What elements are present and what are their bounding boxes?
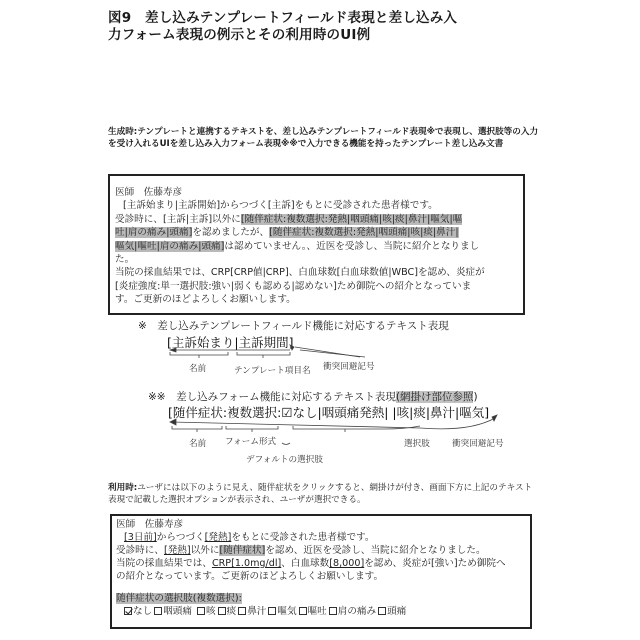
option-rhinorrhea[interactable]: 鼻汁 bbox=[236, 606, 266, 617]
figure-title-line-2: 力フォーム表現の例示とその利用時のUI例 bbox=[108, 27, 548, 44]
label-choices: 選択肢 bbox=[404, 437, 430, 449]
checkbox-icon[interactable] bbox=[154, 607, 162, 615]
usage-text: ユーザには以下のように見え、随伴症状をクリックすると、網掛けが付き、画面下方に上… bbox=[108, 483, 532, 505]
form-field-highlight[interactable]: 吐|肩の痛み|頭痛] bbox=[115, 227, 192, 238]
form-field-caption-close: ) bbox=[473, 391, 477, 403]
form-field-highlight[interactable]: [随伴症状:複数選択:発熱|咽頭痛|咳|痰|鼻汁| bbox=[269, 227, 458, 238]
options-list: なし咽頭痛 咳痰鼻汁嘔気嘔吐肩の痛み頭痛 bbox=[116, 605, 526, 618]
option-label: 痰 bbox=[227, 606, 237, 617]
usage-description: 利用時:ユーザには以下のように見え、随伴症状をクリックすると、網掛けが付き、画面… bbox=[108, 483, 540, 506]
label-default-choice: デフォルトの選択肢 bbox=[246, 453, 323, 465]
checkbox-icon[interactable] bbox=[268, 607, 276, 615]
option-label: 鼻汁 bbox=[247, 606, 266, 617]
template-line-3-text: 受診時に、[主訴|主訴]以外に bbox=[115, 214, 241, 225]
option-label: 嘔吐 bbox=[308, 606, 327, 617]
label-form-type: フォーム形式 bbox=[225, 435, 276, 447]
option-sore-throat[interactable]: 咽頭痛 bbox=[152, 606, 192, 617]
form-expression-tail: なし|咽頭痛発熱| |咳|痰|鼻汁|嘔気] bbox=[293, 405, 490, 420]
field-crp[interactable]: CRP[1.0mg/dl] bbox=[212, 558, 281, 569]
checkbox-checked-icon[interactable] bbox=[124, 607, 132, 615]
rendered-line-4: 当院の採血結果では、CRP[1.0mg/dl]、白血球数[8,000]を認め、炎… bbox=[116, 557, 526, 570]
form-field-caption-text: ※※ 差し込みフォーム機能に対応するテキスト表現 bbox=[148, 391, 396, 403]
option-sputum[interactable]: 痰 bbox=[216, 606, 237, 617]
rendered-line-3: 受診時に、[発熱]以外に[随伴症状]を認め、近医を受診し、当院に紹介となりました… bbox=[116, 544, 526, 557]
template-line-4-text: を認めましたが、 bbox=[192, 227, 269, 238]
label-collision-symbol: 衝突回避記号 bbox=[323, 360, 375, 372]
label-name: 名前 bbox=[189, 437, 206, 449]
form-field-caption: ※※ 差し込みフォーム機能に対応するテキスト表現(網掛け部位参照) bbox=[148, 389, 478, 404]
rendered-text: 、白血球数 bbox=[281, 558, 329, 569]
checkbox-icon[interactable] bbox=[238, 607, 246, 615]
option-none[interactable]: なし bbox=[122, 606, 152, 617]
checkbox-icon[interactable] bbox=[299, 607, 307, 615]
rendered-text: をもとに受診された患者様です。 bbox=[231, 532, 374, 543]
generation-description: 生成時:テンプレートと連携するテキストを、差し込みテンプレートフィールド表現※で… bbox=[108, 127, 540, 150]
template-line-5: 嘔気|嘔吐|肩の痛み|頭痛]は認めていません。、近医を受診し、当院に紹介となりま… bbox=[115, 240, 518, 253]
option-vomiting[interactable]: 嘔吐 bbox=[297, 606, 327, 617]
label-template-item: テンプレート項目名 bbox=[234, 364, 311, 376]
form-field-expression: [随伴症状:複数選択:☑なし|咽頭痛発熱| |咳|痰|鼻汁|嘔気] bbox=[168, 403, 489, 421]
option-label: 咽頭痛 bbox=[163, 606, 192, 617]
checkbox-checked-icon: ☑ bbox=[281, 405, 292, 420]
rendered-line-5: の紹介となっています。ご更新のほどよろしくお願いします。 bbox=[116, 570, 526, 583]
checkbox-icon[interactable] bbox=[329, 607, 337, 615]
template-line-6: た。 bbox=[115, 253, 518, 266]
rendered-text: を認め、炎症が[強い]ため御院へ bbox=[364, 558, 505, 569]
generation-text: テンプレートと連携するテキストを、差し込みテンプレートフィールド表現※で表現し、… bbox=[108, 127, 538, 149]
rendered-text: を認め、近医を受診し、当院に紹介となりました。 bbox=[265, 545, 485, 556]
figure-title-line-1: 図9 差し込みテンプレートフィールド表現と差し込み入 bbox=[108, 10, 548, 27]
usage-label: 利用時: bbox=[108, 483, 137, 493]
generation-label: 生成時: bbox=[108, 127, 137, 137]
template-line-8: [炎症強度:単一選択肢:強い|弱くも認める|認めない]ため御院への紹介となってい… bbox=[115, 280, 518, 293]
field-wbc[interactable]: [8,000] bbox=[329, 558, 364, 569]
field-chief-complaint[interactable]: [発熱] bbox=[164, 545, 191, 556]
form-field-caption-highlight: (網掛け部位参照 bbox=[396, 391, 474, 403]
template-line-3: 受診時に、[主訴|主訴]以外に[随伴症状:複数選択:発熱|咽頭痛|咳|痰|鼻汁|… bbox=[115, 213, 518, 226]
template-field-caption: ※ 差し込みテンプレートフィールド機能に対応するテキスト表現 bbox=[138, 318, 449, 333]
field-chief-complaint[interactable]: [発熱] bbox=[205, 532, 232, 543]
doctor-name: 医師 佐藤寿彦 bbox=[116, 518, 526, 531]
field-onset[interactable]: [3日前] bbox=[124, 532, 157, 543]
template-line-5-text: は認めていません。、近医を受診し、当院に紹介となりまし bbox=[224, 241, 479, 252]
option-label: なし bbox=[133, 606, 152, 617]
options-title-text: 随伴症状の選択肢(複数選択): bbox=[116, 593, 242, 604]
doctor-name: 医師 佐藤寿彦 bbox=[115, 186, 518, 199]
form-field-highlight[interactable]: 嘔気|嘔吐|肩の痛み|頭痛] bbox=[115, 241, 224, 252]
label-collision-symbol: 衝突回避記号 bbox=[452, 437, 504, 449]
rendered-document-box: 医師 佐藤寿彦 [3日前]からつづく[発熱]をもとに受診された患者様です。 受診… bbox=[110, 514, 532, 629]
figure-title: 図9 差し込みテンプレートフィールド表現と差し込み入 力フォーム表現の例示とその… bbox=[108, 10, 548, 44]
field-accompanying-symptoms[interactable]: [随伴症状] bbox=[219, 545, 265, 556]
template-line-9: す。ご更新のほどよろしくお願いします。 bbox=[115, 293, 518, 306]
template-document-box: 医師 佐藤寿彦 [主訴始まり|主訴開始]からつづく[主訴]をもとに受診された患者… bbox=[108, 174, 525, 315]
rendered-text: 受診時に、 bbox=[116, 545, 164, 556]
option-label: 肩の痛み bbox=[338, 606, 376, 617]
option-headache[interactable]: 頭痛 bbox=[376, 606, 406, 617]
checkbox-icon[interactable] bbox=[218, 607, 226, 615]
options-title: 随伴症状の選択肢(複数選択): bbox=[116, 592, 526, 605]
form-expression-head: [随伴症状:複数選択: bbox=[168, 405, 281, 420]
template-field-expression: [主訴始まり|主訴期間] bbox=[167, 333, 293, 351]
checkbox-icon[interactable] bbox=[197, 607, 205, 615]
form-field-highlight[interactable]: [随伴症状:複数選択:発熱|咽頭痛|咳|痰|鼻汁|嘔気|嘔 bbox=[241, 214, 462, 225]
template-line-7: 当院の採血結果では、CRP[CRP値|CRP]、白血球数[白血球数値|WBC]を… bbox=[115, 266, 518, 279]
option-shoulder-pain[interactable]: 肩の痛み bbox=[327, 606, 376, 617]
option-cough[interactable]: 咳 bbox=[195, 606, 216, 617]
rendered-text: 以外に bbox=[191, 545, 220, 556]
template-line-4: 吐|肩の痛み|頭痛]を認めましたが、[随伴症状:複数選択:発熱|咽頭痛|咳|痰|… bbox=[115, 226, 518, 239]
rendered-text: からつづく bbox=[157, 532, 205, 543]
rendered-line-2: [3日前]からつづく[発熱]をもとに受診された患者様です。 bbox=[116, 531, 526, 544]
rendered-text: 当院の採血結果では、 bbox=[116, 558, 212, 569]
option-nausea[interactable]: 嘔気 bbox=[266, 606, 296, 617]
option-label: 嘔気 bbox=[277, 606, 296, 617]
checkbox-icon[interactable] bbox=[378, 607, 386, 615]
label-name: 名前 bbox=[189, 362, 206, 374]
option-label: 頭痛 bbox=[387, 606, 406, 617]
template-line-2: [主訴始まり|主訴開始]からつづく[主訴]をもとに受診された患者様です。 bbox=[115, 199, 518, 212]
option-label: 咳 bbox=[206, 606, 216, 617]
